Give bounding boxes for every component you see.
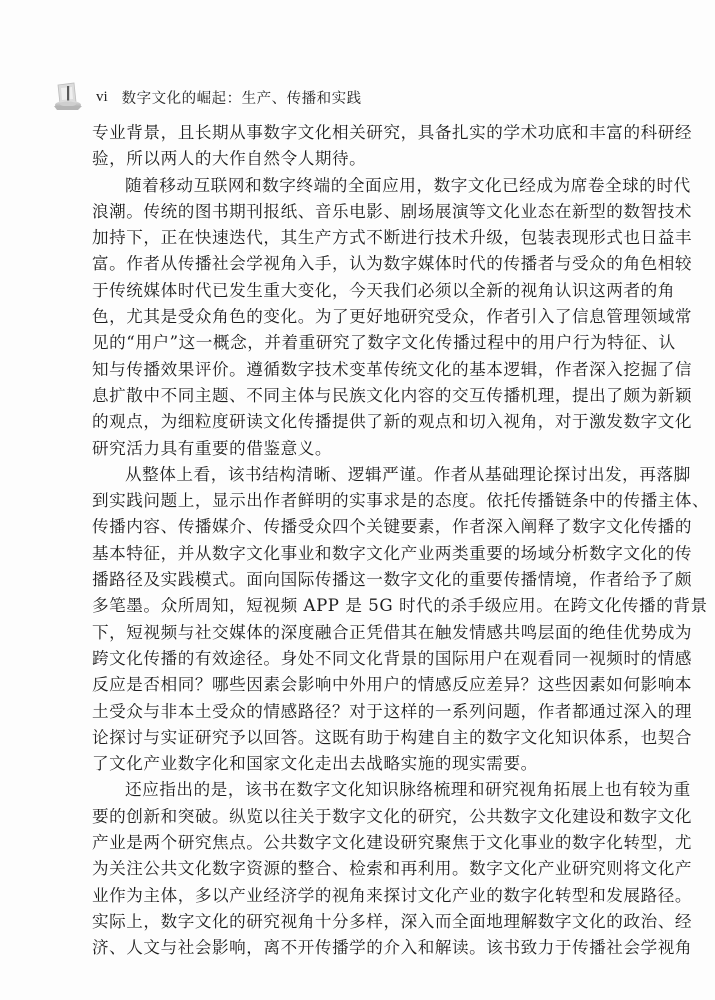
text-line: 了文化产业数字化和国家文化走出去战略实施的现实需要。 bbox=[92, 751, 620, 777]
text-line: 专业背景，且长期从事数字文化相关研究，具备扎实的学术功底和丰富的科研经 bbox=[92, 120, 620, 146]
body-text: 专业背景，且长期从事数字文化相关研究，具备扎实的学术功底和丰富的科研经 验，所以… bbox=[92, 120, 620, 962]
text-line: 加持下，正在快速迭代，其生产方式不断进行技术升级，包装表现形式也日益丰 bbox=[92, 225, 620, 251]
text-line: 浪潮。传统的图书期刊报纸、音乐电影、剧场展演等文化业态在新型的数智技术 bbox=[92, 199, 620, 225]
text-line: 传播内容、传播媒介、传播受众四个关键要素，作者深入阐释了数字文化传播的 bbox=[92, 514, 620, 540]
text-line: 到实践问题上，显示出作者鲜明的实事求是的态度。依托传播链条中的传播主体、 bbox=[92, 488, 620, 514]
page-number: vi bbox=[96, 89, 108, 106]
text-line: 基本特征，并从数字文化事业和数字文化产业两类重要的场域分析数字文化的传 bbox=[92, 541, 620, 567]
text-line: 研究活力具有重要的借鉴意义。 bbox=[92, 436, 620, 462]
book-page: vi 数字文化的崛起：生产、传播和实践 专业背景，且长期从事数字文化相关研究，具… bbox=[0, 0, 715, 1000]
text-line: 济、人文与社会影响，离不开传播学的介入和解读。该书致力于传播社会学视角 bbox=[92, 935, 620, 961]
paragraph-start-line: 随着移动互联网和数字终端的全面应用，数字文化已经成为席卷全球的时代 bbox=[92, 173, 620, 199]
paragraph-start-line: 从整体上看，该书结构清晰、逻辑严谨。作者从基础理论探讨出发，再落脚 bbox=[92, 462, 620, 488]
text-line: 的观点，为细粒度研读文化传播提供了新的观点和切入视角，对于激发数字文化 bbox=[92, 409, 620, 435]
text-line: 反应是否相同？哪些因素会影响中外用户的情感反应差异？这些因素如何影响本 bbox=[92, 672, 620, 698]
text-line: 论探讨与实证研究予以回答。这既有助于构建自主的数字文化知识体系，也契合 bbox=[92, 725, 620, 751]
text-line: 知与传播效果评价。遵循数字技术变革传统文化的基本逻辑，作者深入挖掘了信 bbox=[92, 357, 620, 383]
running-title: 数字文化的崛起：生产、传播和实践 bbox=[122, 87, 362, 108]
text-line: 息扩散中不同主题、不同主体与民族文化内容的交互传播机理，提出了颇为新颖 bbox=[92, 383, 620, 409]
text-line: 见的“用户”这一概念，并着重研究了数字文化传播过程中的用户行为特征、认 bbox=[92, 330, 620, 356]
text-line: 要的创新和突破。纵览以往关于数字文化的研究，公共数字文化建设和数字文化 bbox=[92, 804, 620, 830]
text-line: 色，尤其是受众角色的变化。为了更好地研究受众，作者引入了信息管理领域常 bbox=[92, 304, 620, 330]
text-line: 实际上，数字文化的研究视角十分多样，深入而全面地理解数字文化的政治、经 bbox=[92, 909, 620, 935]
text-line: 下，短视频与社交媒体的深度融合正凭借其在触发情感共鸣层面的绝佳优势成为 bbox=[92, 620, 620, 646]
text-line: 为关注公共文化数字资源的整合、检索和再利用。数字文化产业研究则将文化产 bbox=[92, 856, 620, 882]
text-line: 业作为主体，多以产业经济学的视角来探讨文化产业的数字化转型和发展路径。 bbox=[92, 883, 620, 909]
text-line: 跨文化传播的有效途径。身处不同文化背景的国际用户在观看同一视频时的情感 bbox=[92, 646, 620, 672]
book-page-icon bbox=[52, 82, 86, 112]
text-line: 于传统媒体时代已发生重大变化，今天我们必须以全新的视角认识这两者的角 bbox=[92, 278, 620, 304]
text-line: 产业是两个研究焦点。公共数字文化建设研究聚焦于文化事业的数字化转型，尤 bbox=[92, 830, 620, 856]
text-line: 验，所以两人的大作自然令人期待。 bbox=[92, 146, 620, 172]
text-line: 播路径及实践模式。面向国际传播这一数字文化的重要传播情境，作者给予了颇 bbox=[92, 567, 620, 593]
text-line: 土受众与非本土受众的情感路径？对于这样的一系列问题，作者都通过深入的理 bbox=[92, 699, 620, 725]
paragraph-start-line: 还应指出的是，该书在数字文化知识脉络梳理和研究视角拓展上也有较为重 bbox=[92, 777, 620, 803]
text-line: 富。作者从传播社会学视角入手，认为数字媒体时代的传播者与受众的角色相较 bbox=[92, 251, 620, 277]
text-line: 多笔墨。众所周知，短视频 APP 是 5G 时代的杀手级应用。在跨文化传播的背景 bbox=[92, 593, 620, 619]
page-header: vi 数字文化的崛起：生产、传播和实践 bbox=[52, 82, 362, 112]
